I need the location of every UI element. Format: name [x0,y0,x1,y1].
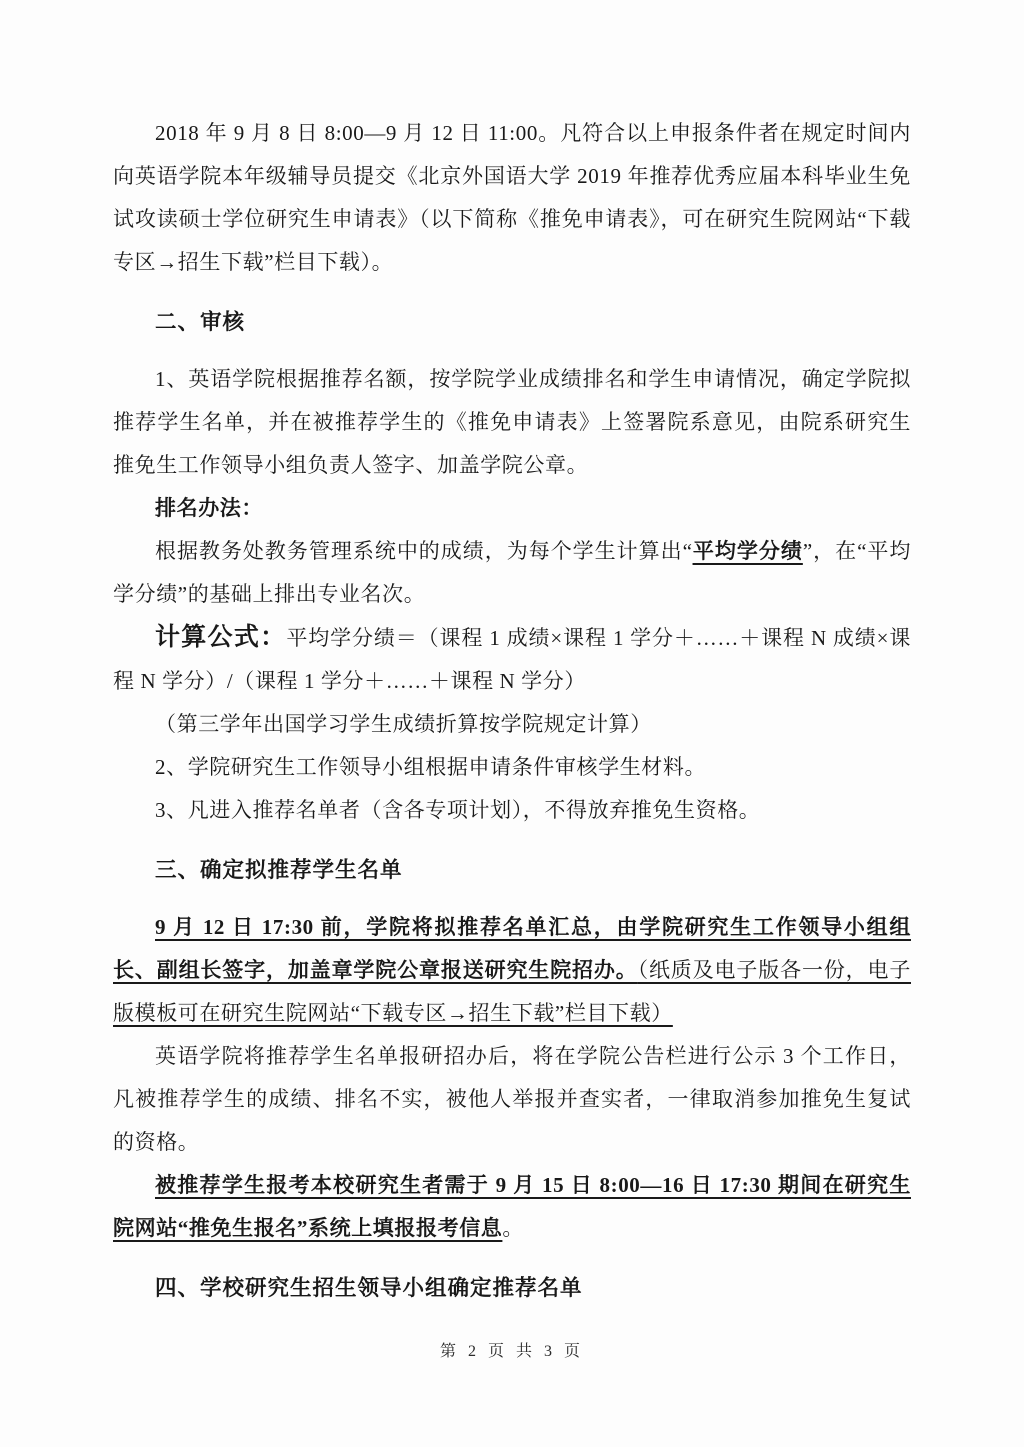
page-number: 第 2 页 共 3 页 [0,1338,1024,1361]
subheading-ranking-method: 排名办法： [113,487,911,530]
paragraph-review-item2: 2、学院研究生工作领导小组根据申请条件审核学生材料。 [113,746,911,789]
ranking-gpa-term-underlined: 平均学分绩 [693,539,803,563]
section-heading-school-group: 四、学校研究生招生领导小组确定推荐名单 [113,1267,911,1310]
registration-period-mark: 。 [502,1216,524,1240]
ranking-text-before: 根据教务处教务管理系统中的成绩，为每个学生计算出“ [155,539,693,563]
paragraph-abroad-note: （第三学年出国学习学生成绩折算按学院规定计算） [113,703,911,746]
document-page: 2018 年 9 月 8 日 8:00—9 月 12 日 11:00。凡符合以上… [0,0,1024,1447]
paragraph-registration: 被推荐学生报考本校研究生者需于 9 月 15 日 8:00—16 日 17:30… [113,1164,911,1250]
paragraph-ranking-rule: 根据教务处教务管理系统中的成绩，为每个学生计算出“平均学分绩”，在“平均学分绩”… [113,530,911,616]
paragraph-review-item3: 3、凡进入推荐名单者（含各专项计划），不得放弃推免生资格。 [113,789,911,832]
paragraph-publicity: 英语学院将推荐学生名单报研招办后，将在学院公告栏进行公示 3 个工作日，凡被推荐… [113,1035,911,1164]
section-heading-review: 二、审核 [113,301,911,344]
paragraph-review-item1: 1、英语学院根据推荐名额，按学院学业成绩排名和学生申请情况，确定学院拟推荐学生名… [113,358,911,487]
paragraph-formula: 计算公式：平均学分绩＝（课程 1 成绩×课程 1 学分＋……＋课程 N 成绩×课… [113,616,911,703]
section-heading-namelist: 三、确定拟推荐学生名单 [113,849,911,892]
formula-label: 计算公式： [155,623,286,651]
document-content: 2018 年 9 月 8 日 8:00—9 月 12 日 11:00。凡符合以上… [0,0,1024,1310]
paragraph-submission-deadline: 9 月 12 日 17:30 前，学院将拟推荐名单汇总，由学院研究生工作领导小组… [113,906,911,1035]
paragraph-application-period: 2018 年 9 月 8 日 8:00—9 月 12 日 11:00。凡符合以上… [113,112,911,284]
